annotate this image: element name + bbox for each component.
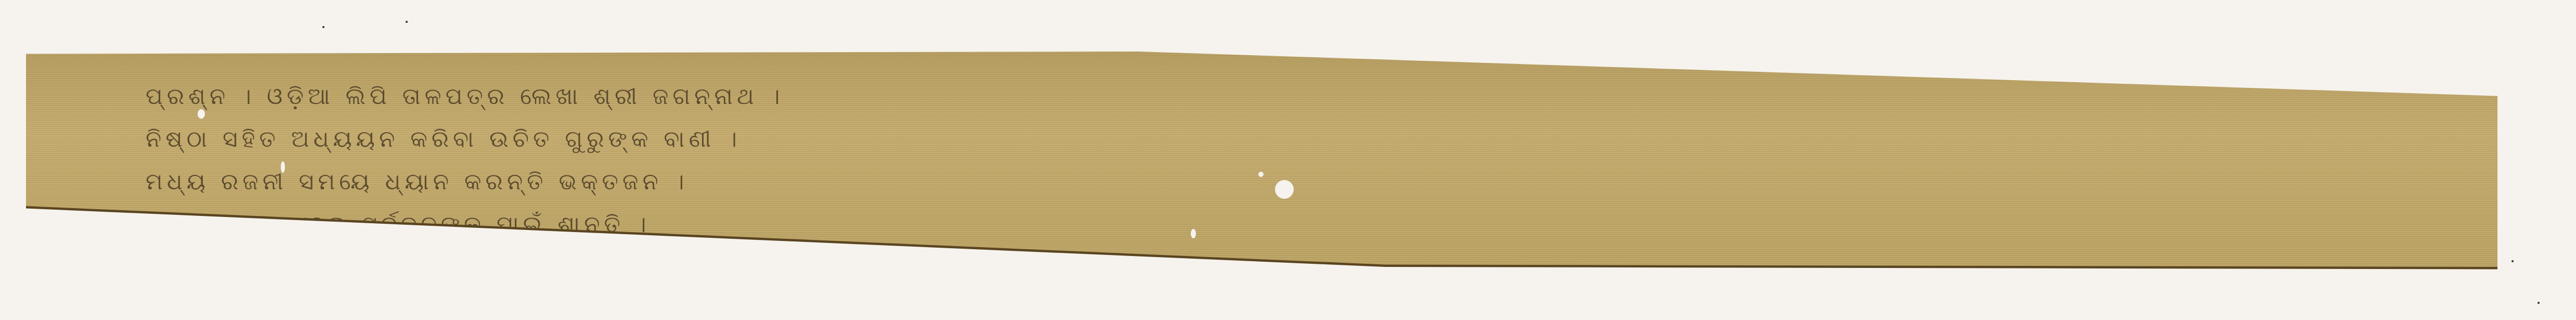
insect-hole	[1191, 229, 1196, 238]
insect-hole	[198, 109, 205, 119]
manuscript-line-1: ପ୍ରଶ୍ନ । ଓଡ଼ିଆ ଲିପି ତାଳପତ୍ର ଲେଖା ଶ୍ରୀ ଜଗ…	[146, 83, 2434, 110]
binding-hole	[1275, 180, 1294, 199]
insect-hole	[281, 161, 285, 173]
background-speck	[322, 26, 324, 28]
manuscript-line-2: ନିଷ୍ଠା ସହିତ ଅଧ୍ୟୟନ କରିବା ଉଚିତ ଗୁରୁଙ୍କ ବା…	[146, 126, 2434, 152]
palm-leaf-manuscript: ପ୍ରଶ୍ନ । ଓଡ଼ିଆ ଲିପି ତାଳପତ୍ର ଲେଖା ଶ୍ରୀ ଜଗ…	[26, 37, 2497, 272]
background-speck	[2512, 260, 2514, 262]
manuscript-line-4: ଶୁଭ ମଙ୍ଗଳ ହେଉ ସର୍ବଜନଙ୍କ ପାଇଁ ଶାନ୍ତି ।	[146, 211, 2434, 238]
insect-hole	[1258, 172, 1264, 177]
background-speck	[406, 21, 408, 23]
background-speck	[2538, 302, 2540, 304]
